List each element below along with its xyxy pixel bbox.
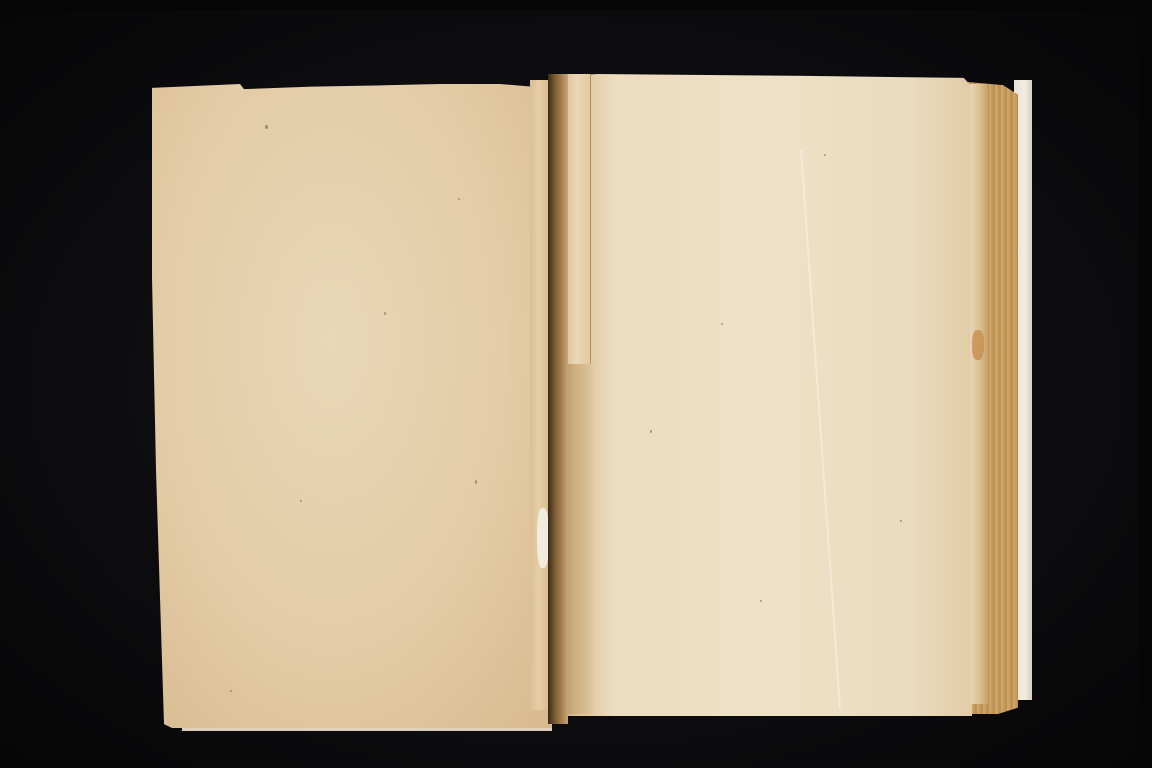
paper-fleck bbox=[458, 198, 460, 200]
paper-fleck bbox=[721, 323, 723, 325]
paper-fleck bbox=[300, 500, 302, 502]
paper-fleck bbox=[760, 600, 762, 602]
page-stain bbox=[972, 330, 984, 360]
paper-fleck bbox=[265, 125, 268, 129]
paper-fleck bbox=[650, 430, 652, 433]
left-page bbox=[152, 84, 552, 728]
paper-fleck bbox=[475, 480, 477, 484]
open-book bbox=[0, 0, 1152, 768]
paper-fleck bbox=[900, 520, 902, 522]
paper-fleck bbox=[824, 154, 826, 156]
paper-fleck bbox=[230, 690, 232, 692]
book-gutter bbox=[548, 74, 568, 724]
right-page-outer-margin bbox=[970, 84, 988, 704]
right-page bbox=[556, 74, 972, 716]
paper-fleck bbox=[384, 312, 386, 315]
